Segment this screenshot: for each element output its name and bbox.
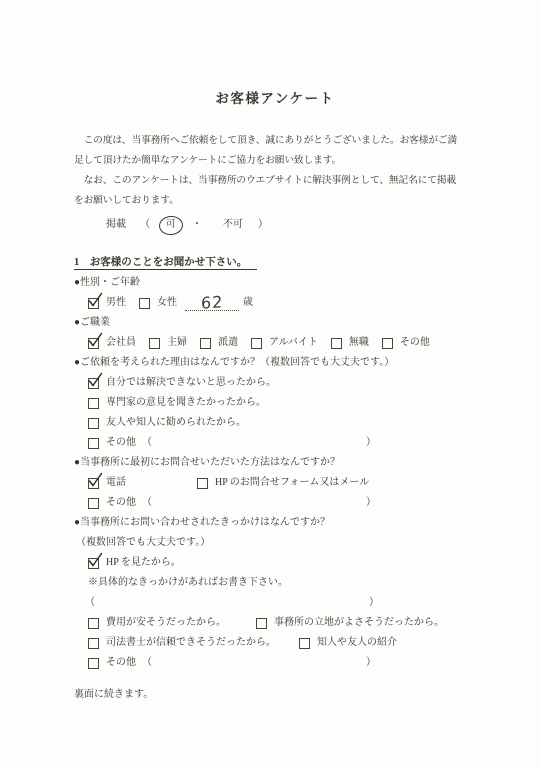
question-trigger-label: ●当事務所にお問い合わせされたきっかけはなんですか？ <box>74 513 476 533</box>
publish-separator-dot: ・ <box>192 215 202 235</box>
question-job-label: ●ご職業 <box>74 313 476 333</box>
publish-close-paren: ） <box>258 215 268 235</box>
intro-line-1: この度は、当事務所へご依頼をして頂き、誠にありがとうございました。お客様がご満 <box>74 131 476 151</box>
checkbox-male[interactable] <box>88 298 99 309</box>
trigger-sub-note-row: （複数回答でも大丈夫です。） <box>76 533 476 553</box>
label-trigger-cost: 費用が安そうだったから。 <box>106 613 256 633</box>
question-job-text: ●ご職業 <box>74 313 110 333</box>
age-write-in-line[interactable]: 62 <box>185 293 239 311</box>
question-gender-age-label: ●性別・ご年齢 <box>74 273 476 293</box>
label-female: 女性 <box>157 293 177 313</box>
checkbox-contact-other[interactable] <box>88 498 99 509</box>
checkbox-trigger-cost[interactable] <box>88 618 99 629</box>
reason-other-row: その他 （ ） <box>88 433 476 453</box>
label-job-other: その他 <box>400 333 430 353</box>
contact-options-row: 電話 HP のお問合せフォーム又はメール <box>88 473 476 493</box>
intro-line-2: 足して頂けたか簡単なアンケートにご協力をお願い致します。 <box>74 151 476 171</box>
trigger-note-row: ※具体的なきっかけがあればお書き下さい。 <box>88 573 476 593</box>
section1-heading: 1 お客様のことをお聞かせ下さい。 <box>74 253 476 273</box>
check-mark-icon <box>87 472 104 488</box>
trigger-note-text: ※具体的なきっかけがあればお書き下さい。 <box>88 573 288 593</box>
checkbox-housewife[interactable] <box>149 338 160 349</box>
checkbox-reason-self[interactable] <box>88 378 99 389</box>
contact-other-open-paren: （ <box>142 493 152 513</box>
checkbox-job-other[interactable] <box>382 338 393 349</box>
publish-open-paren: （ <box>140 215 150 235</box>
label-contact-other: その他 <box>106 493 136 513</box>
trigger-cost-location-row: 費用が安そうだったから。 事務所の立地がよさそうだったから。 <box>88 613 476 633</box>
label-company-employee: 会社員 <box>106 333 136 353</box>
handwritten-age-value: 62 <box>201 292 223 314</box>
check-mark-icon <box>87 372 104 388</box>
label-reason-self: 自分では解決できないと思ったから。 <box>106 373 276 393</box>
checkbox-trigger-other[interactable] <box>88 658 99 669</box>
trigger-other-row: その他 （ ） <box>88 653 476 673</box>
label-trigger-hp: HP を見たから。 <box>106 553 181 573</box>
trigger-sub-note-text: （複数回答でも大丈夫です。） <box>76 533 210 553</box>
publish-option-ng[interactable]: 不可 <box>223 215 243 235</box>
intro-paragraph: この度は、当事務所へご依頼をして頂き、誠にありがとうございました。お客様がご満 … <box>74 131 476 211</box>
age-suffix: 歳 <box>243 293 253 313</box>
check-mark-icon <box>87 332 104 348</box>
question-contact-text: ●当事務所に最初にお問合せいただいた方法はなんですか？ <box>74 453 340 473</box>
label-temp-worker: 派遣 <box>218 333 238 353</box>
checkbox-reason-expert[interactable] <box>88 398 99 409</box>
checkbox-trigger-trust[interactable] <box>88 638 99 649</box>
checkbox-temp-worker[interactable] <box>200 338 211 349</box>
circle-mark-icon[interactable]: 可 <box>158 214 184 235</box>
label-male: 男性 <box>106 293 126 313</box>
reason-option-1-row: 自分では解決できないと思ったから。 <box>88 373 476 393</box>
label-trigger-location: 事務所の立地がよさそうだったから。 <box>274 613 444 633</box>
checkbox-trigger-location[interactable] <box>256 618 267 629</box>
job-options-row: 会社員 主婦 派遣 アルバイト 無職 その他 <box>88 333 476 353</box>
label-trigger-referral: 知人や友人の紹介 <box>317 633 397 653</box>
survey-content: お客様アンケート この度は、当事務所へご依頼をして頂き、誠にありがとうございまし… <box>74 0 476 705</box>
checkbox-reason-other[interactable] <box>88 438 99 449</box>
question-contact-label: ●当事務所に最初にお問合せいただいた方法はなんですか？ <box>74 453 476 473</box>
checkbox-female[interactable] <box>139 298 150 309</box>
check-mark-icon <box>87 292 104 308</box>
label-contact-phone: 電話 <box>106 473 197 493</box>
trigger-other-open-paren: （ <box>142 653 152 673</box>
question-reason-label: ●ご依頼を考えられた理由はなんですか？（複数回答でも大丈夫です。） <box>74 353 476 373</box>
intro-line-3: なお、このアンケートは、当事務所のウエブサイトに解決事例として、無記名にて掲載 <box>74 171 476 191</box>
label-housewife: 主婦 <box>167 333 187 353</box>
label-reason-other: その他 <box>106 433 136 453</box>
continue-on-back-note: 裏面に続きます。 <box>74 685 476 705</box>
reason-option-2-row: 専門家の意見を聞きたかったから。 <box>88 393 476 413</box>
checkbox-reason-recommended[interactable] <box>88 418 99 429</box>
label-unemployed: 無職 <box>349 333 369 353</box>
trigger-trust-referral-row: 司法書士が信頼できそうだったから。 知人や友人の紹介 <box>88 633 476 653</box>
trigger-other-close-paren: ） <box>366 653 376 673</box>
publish-label: 掲載 <box>106 215 126 235</box>
checkbox-company-employee[interactable] <box>88 338 99 349</box>
reason-other-open-paren: （ <box>142 433 152 453</box>
checkbox-contact-phone[interactable] <box>88 478 99 489</box>
trigger-free-entry-row[interactable]: （ ） <box>85 593 476 613</box>
publish-option-ok[interactable]: 可 <box>165 218 176 230</box>
checkbox-unemployed[interactable] <box>331 338 342 349</box>
label-part-time: アルバイト <box>269 333 318 353</box>
section1-heading-text: 1 お客様のことをお聞かせ下さい。 <box>74 257 257 270</box>
contact-other-row: その他 （ ） <box>88 493 476 513</box>
question-reason-text: ●ご依頼を考えられた理由はなんですか？（複数回答でも大丈夫です。） <box>74 353 394 373</box>
checkbox-trigger-referral[interactable] <box>299 638 310 649</box>
survey-sheet: お客様アンケート この度は、当事務所へご依頼をして頂き、誠にありがとうございまし… <box>0 0 540 768</box>
contact-other-close-paren: ） <box>366 493 376 513</box>
checkbox-part-time[interactable] <box>251 338 262 349</box>
label-trigger-trust: 司法書士が信頼できそうだったから。 <box>106 633 299 653</box>
checkbox-contact-hp-form[interactable] <box>197 478 208 489</box>
check-mark-icon <box>87 552 104 568</box>
question-gender-age-text: ●性別・ご年齢 <box>74 273 140 293</box>
label-trigger-other: その他 <box>106 653 136 673</box>
publish-choice-row: 掲載 （ 可 ・ 不可 ） <box>106 215 476 235</box>
label-reason-expert: 専門家の意見を聞きたかったから。 <box>106 393 266 413</box>
label-reason-recommended: 友人や知人に勧められたから。 <box>106 413 246 433</box>
label-contact-hp-form: HP のお問合せフォーム又はメール <box>215 473 369 493</box>
trigger-free-open-paren: （ <box>85 593 95 613</box>
trigger-free-close-paren: ） <box>369 593 379 613</box>
trigger-hp-row: HP を見たから。 <box>88 553 476 573</box>
reason-other-close-paren: ） <box>366 433 376 453</box>
question-trigger-text: ●当事務所にお問い合わせされたきっかけはなんですか？ <box>74 513 330 533</box>
checkbox-trigger-hp[interactable] <box>88 558 99 569</box>
intro-line-4: をお願いしております。 <box>74 191 476 211</box>
reason-option-3-row: 友人や知人に勧められたから。 <box>88 413 476 433</box>
gender-age-options-row: 男性 女性 62 歳 <box>88 293 476 313</box>
page-title: お客様アンケート <box>74 0 476 109</box>
